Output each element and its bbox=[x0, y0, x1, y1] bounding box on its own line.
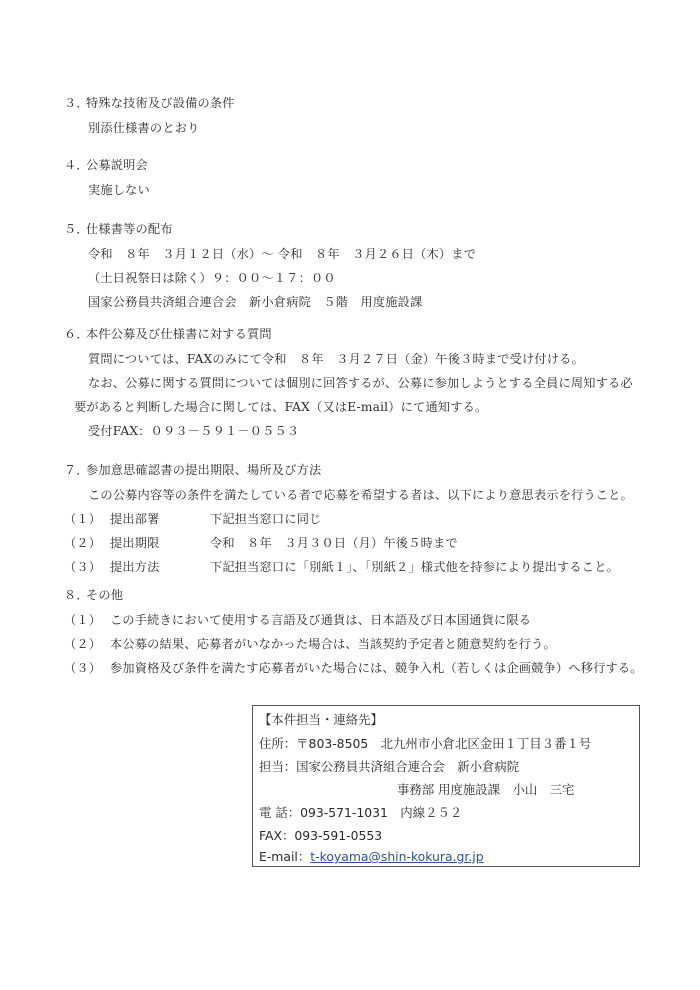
section-title: 公募説明会 bbox=[86, 158, 148, 172]
item-value: この手続きにおいて使用する言語及び通貨は、日本語及び日本国通貨に限る bbox=[110, 613, 531, 627]
section-number: ７． bbox=[64, 462, 86, 478]
item-number: （１） bbox=[64, 511, 110, 527]
contact-person: 担当：国家公務員共済組合連合会 新小倉病院 bbox=[259, 759, 519, 775]
submission-item: （３）提出方法下記担当窓口に「別紙１」、「別紙２」様式他を持参により提出すること… bbox=[64, 559, 619, 575]
organization-name: 国家公務員共済組合連合会 新小倉病院 bbox=[296, 759, 519, 774]
item-value: 下記担当窓口に同じ bbox=[210, 512, 322, 526]
section-3-body: 別添仕様書のとおり bbox=[88, 120, 200, 136]
section-4-body: 実施しない bbox=[88, 182, 150, 198]
section-number: ５． bbox=[64, 221, 86, 237]
item-label: 提出期限 bbox=[110, 535, 210, 551]
other-item: （１）この手続きにおいて使用する言語及び通貨は、日本語及び日本国通貨に限る bbox=[64, 612, 531, 628]
address-value: 〒803-8505 北九州市小倉北区金田１丁目３番１号 bbox=[296, 736, 591, 751]
contact-address: 住所：〒803-8505 北九州市小倉北区金田１丁目３番１号 bbox=[259, 736, 591, 752]
section-title: 特殊な技術及び設備の条件 bbox=[86, 96, 235, 110]
other-item: （２）本公募の結果、応募者がいなかった場合は、当該契約予定者と随意契約を行う。 bbox=[64, 636, 556, 652]
section-6-heading: ６．本件公募及び仕様書に対する質問 bbox=[64, 326, 272, 342]
question-policy-line1: なお、公募に関する質問については個別に回答するが、公募に参加しようとする全員に周… bbox=[88, 375, 633, 391]
contact-fax: FAX：093-591-0553 bbox=[259, 828, 382, 844]
fax-value: 093-591-0553 bbox=[294, 828, 382, 843]
contact-box: 【本件担当・連絡先】 住所：〒803-8505 北九州市小倉北区金田１丁目３番１… bbox=[252, 705, 640, 867]
question-policy-line2: 要があると判断した場合に関しては、FAX（又はE-mail）にて通知する。 bbox=[74, 399, 487, 415]
contact-title: 【本件担当・連絡先】 bbox=[259, 712, 383, 728]
item-value: 令和 ８年 ３月３０日（月）午後５時まで bbox=[210, 536, 458, 550]
item-number: （１） bbox=[64, 612, 110, 628]
other-item: （３）参加資格及び条件を満たす応募者がいた場合には、競争入札（若しくは企画競争）… bbox=[64, 660, 643, 676]
item-number: （２） bbox=[64, 535, 110, 551]
section-number: ４． bbox=[64, 157, 86, 173]
email-link[interactable]: t-koyama@shin-kokura.gr.jp bbox=[310, 849, 483, 864]
email-label: E-mail： bbox=[259, 849, 310, 864]
section-title: 本件公募及び仕様書に対する質問 bbox=[86, 327, 272, 341]
item-value: 下記担当窓口に「別紙１」、「別紙２」様式他を持参により提出すること。 bbox=[210, 560, 619, 574]
section-7-heading: ７．参加意思確認書の提出期限、場所及び方法 bbox=[64, 462, 321, 478]
distribution-period: 令和 ８年 ３月１２日（水）～ 令和 ８年 ３月２６日（木）まで bbox=[88, 246, 476, 262]
section-7-intro: この公募内容等の条件を満たしている者で応募を希望する者は、以下により意思表示を行… bbox=[88, 487, 633, 503]
document-page: ３．特殊な技術及び設備の条件 別添仕様書のとおり ４．公募説明会 実施しない ５… bbox=[0, 0, 700, 990]
item-number: （２） bbox=[64, 636, 110, 652]
fax-label: FAX： bbox=[259, 828, 294, 843]
item-label: 提出部署 bbox=[110, 511, 210, 527]
item-number: （３） bbox=[64, 660, 110, 676]
submission-item: （１）提出部署下記担当窓口に同じ bbox=[64, 511, 322, 527]
section-number: ６． bbox=[64, 326, 86, 342]
section-number: ８． bbox=[64, 587, 86, 603]
phone-label: 電 話： bbox=[259, 805, 300, 820]
question-deadline: 質問については、FAXのみにて令和 ８年 ３月２７日（金）午後３時まで受け付ける… bbox=[88, 351, 584, 367]
item-value: 本公募の結果、応募者がいなかった場合は、当該契約予定者と随意契約を行う。 bbox=[110, 637, 556, 651]
distribution-hours: （土日祝祭日は除く）９：００～１７：００ bbox=[88, 270, 336, 286]
contact-email: E-mail：t-koyama@shin-kokura.gr.jp bbox=[259, 849, 484, 865]
phone-value: 093-571-1031 内線２５２ bbox=[300, 805, 462, 820]
item-number: （３） bbox=[64, 559, 110, 575]
section-number: ３． bbox=[64, 95, 86, 111]
item-label: 提出方法 bbox=[110, 559, 210, 575]
section-title: その他 bbox=[86, 588, 123, 602]
contact-department: 事務部 用度施設課 小山 三宅 bbox=[397, 782, 574, 798]
distribution-location: 国家公務員共済組合連合会 新小倉病院 ５階 用度施設課 bbox=[88, 294, 422, 310]
section-5-heading: ５．仕様書等の配布 bbox=[64, 221, 173, 237]
submission-item: （２）提出期限令和 ８年 ３月３０日（月）午後５時まで bbox=[64, 535, 458, 551]
section-3-heading: ３．特殊な技術及び設備の条件 bbox=[64, 95, 235, 111]
section-title: 参加意思確認書の提出期限、場所及び方法 bbox=[86, 463, 321, 477]
section-4-heading: ４．公募説明会 bbox=[64, 157, 148, 173]
contact-phone: 電 話：093-571-1031 内線２５２ bbox=[259, 805, 462, 821]
address-label: 住所： bbox=[259, 736, 296, 751]
question-fax: 受付FAX：０９３－５９１－０５５３ bbox=[88, 423, 299, 439]
item-value: 参加資格及び条件を満たす応募者がいた場合には、競争入札（若しくは企画競争）へ移行… bbox=[110, 661, 643, 675]
section-title: 仕様書等の配布 bbox=[86, 222, 173, 236]
section-8-heading: ８．その他 bbox=[64, 587, 123, 603]
person-label: 担当： bbox=[259, 759, 296, 774]
